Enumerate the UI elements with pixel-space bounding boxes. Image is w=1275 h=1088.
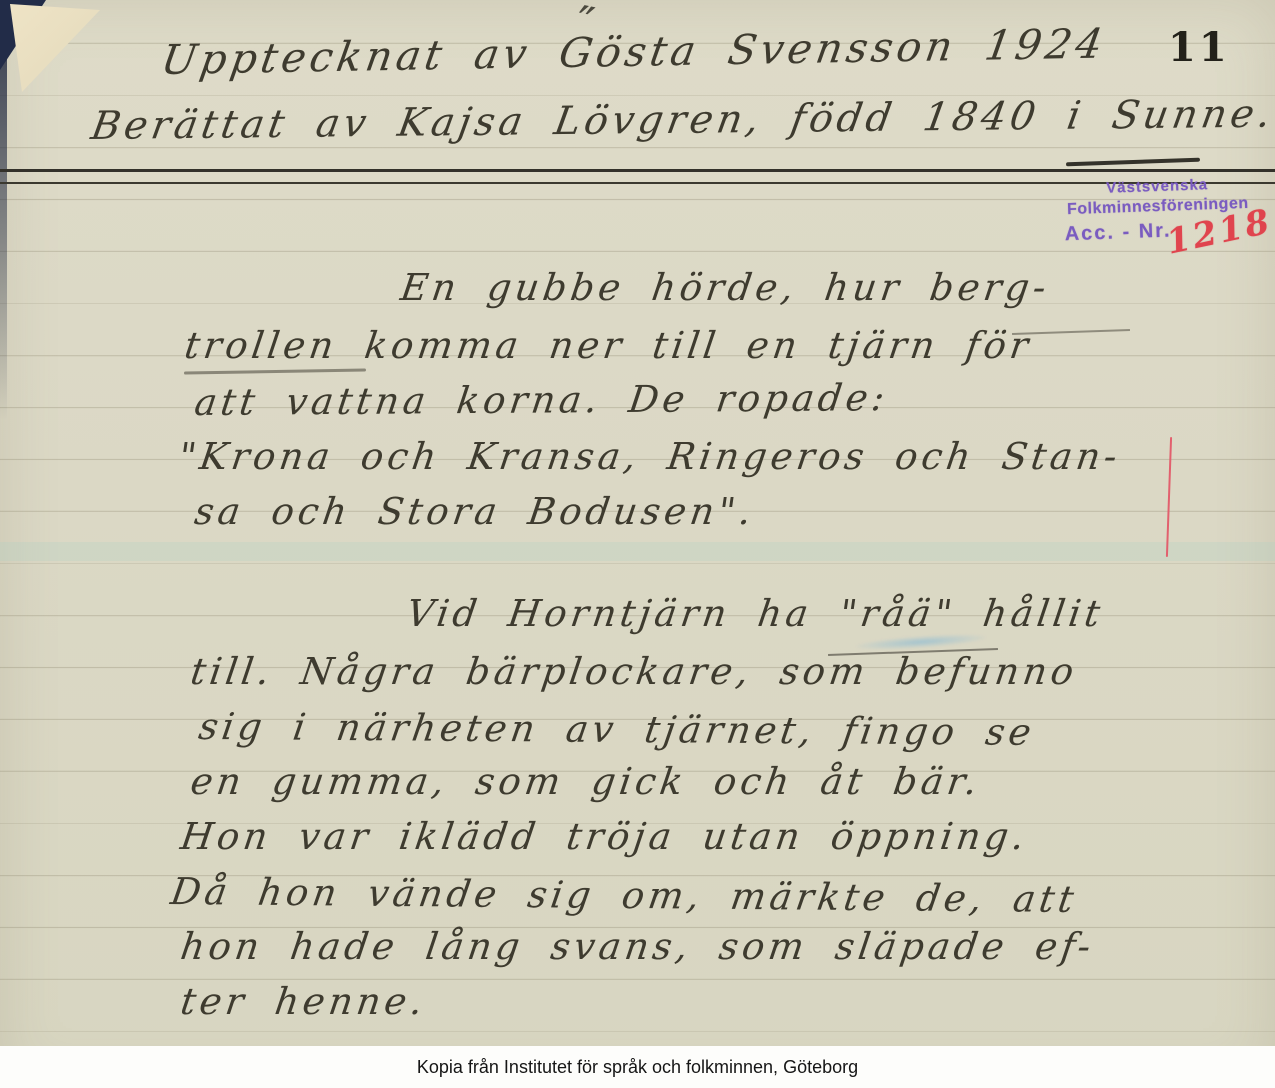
manuscript-line: Då hon vände sig om, märkte de, att [168,870,1080,921]
manuscript-line: sa och Stora Bodusen". [192,490,758,533]
manuscript-line: En gubbe hörde, hur berg- [398,266,1053,309]
manuscript-line: ter henne. [178,980,429,1023]
copy-caption-band: Kopia från Institutet för språk och folk… [0,1046,1275,1088]
manuscript-line: sig i närheten av tjärnet, fingo se [196,705,1038,754]
paper-background: 11 ″ Upptecknat av Gösta Svensson 1924 B… [0,0,1275,1088]
manuscript-line: trollen komma ner till en tjärn för [182,324,1035,367]
manuscript-line: "Krona och Kransa, Ringeros och Stan- [176,435,1124,478]
paper-discoloration-band [0,542,1275,561]
manuscript-line: till. Några bärplockare, som befunno [188,650,1080,693]
manuscript-line: Hon var iklädd tröja utan öppning. [178,815,1031,858]
manuscript-line: hon hade lång svans, som släpade ef- [178,925,1097,968]
manuscript-line: att vattna korna. De ropade: [192,376,891,424]
copy-caption: Kopia från Institutet för språk och folk… [417,1057,858,1078]
manuscript-line: Vid Horntjärn ha "råä" hållit [404,592,1107,635]
page-number: 11 [1168,24,1230,71]
manuscript-line: en gumma, som gick och åt bär. [188,760,984,803]
